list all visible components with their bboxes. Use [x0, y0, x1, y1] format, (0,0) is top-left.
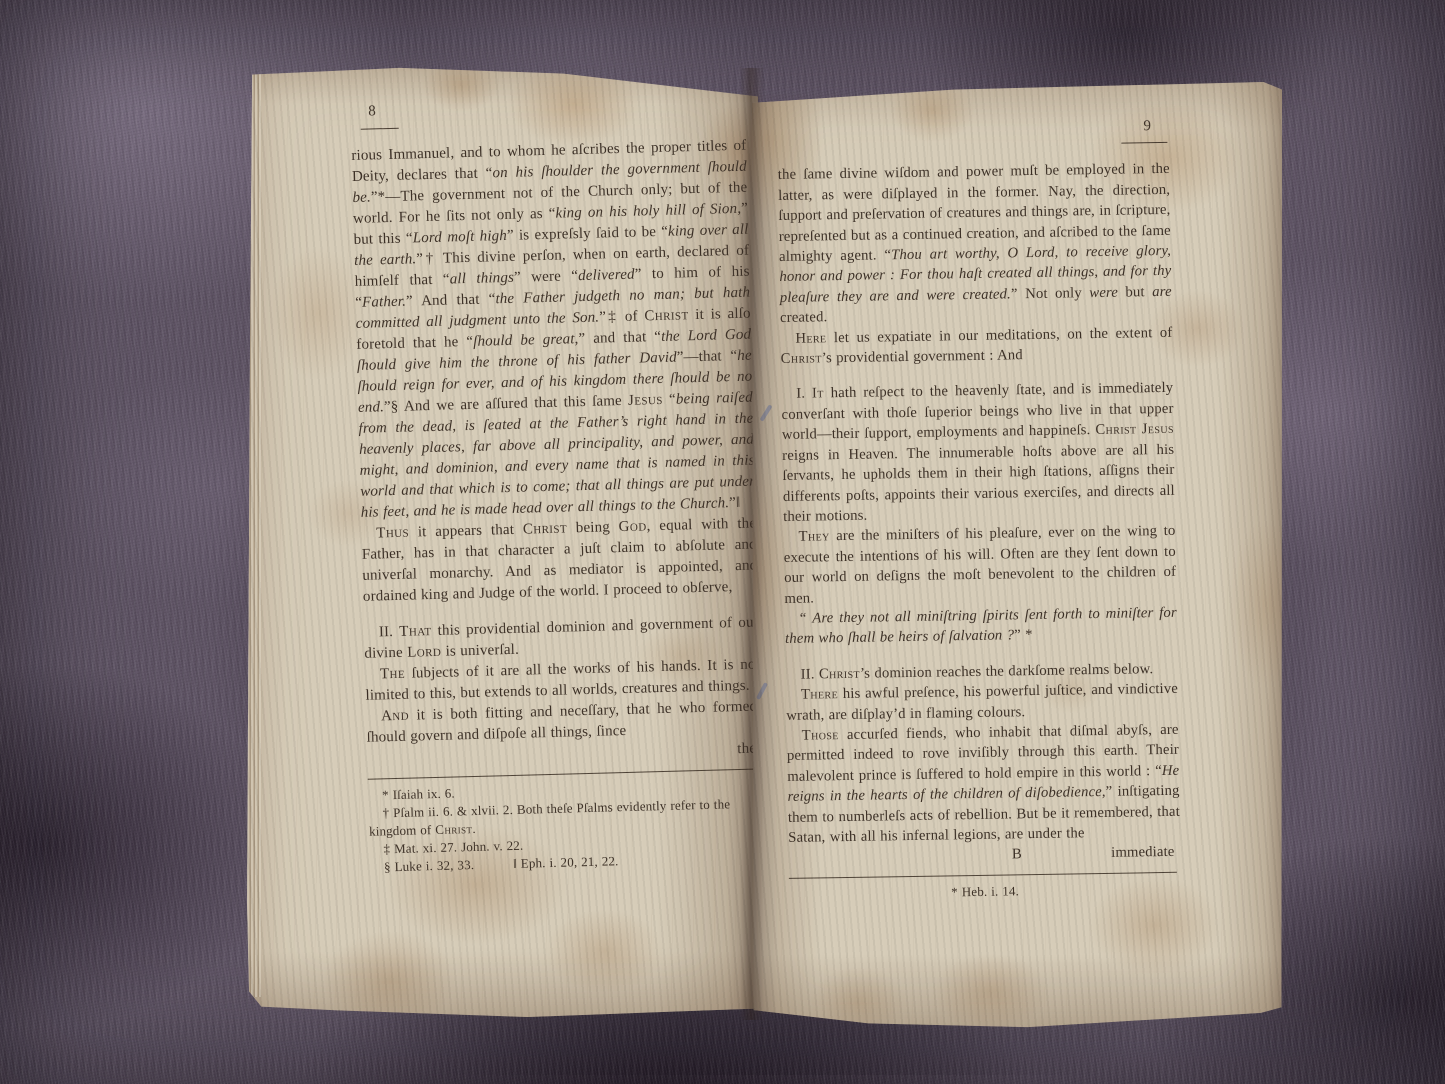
- text-run-italic: king on his holy hill of Sion,: [555, 201, 741, 222]
- page-number-right: 9: [1143, 116, 1151, 137]
- left-page-text: 8 rious Immanuel, and to whom he aſcribe…: [350, 92, 765, 877]
- text-run-smallcaps: Thus: [376, 525, 409, 542]
- text-run-smallcaps: Those: [802, 727, 839, 744]
- right-page-paragraph: They are the miniſters of his pleaſure, …: [783, 521, 1176, 609]
- text-run-smallcaps: Christ: [819, 666, 860, 683]
- text-run: ”‖: [729, 495, 741, 511]
- text-run-smallcaps: God: [618, 518, 646, 535]
- text-run: II.: [379, 624, 400, 641]
- text-run-smallcaps: It: [812, 386, 824, 402]
- left-page-footnotes: * Iſaiah ix. 6.† Pſalm ii. 6. & xlvii. 2…: [368, 776, 765, 876]
- right-page-footnotes: * Heb. i. 14.: [789, 880, 1181, 904]
- header-rule-right: [1121, 142, 1167, 144]
- signature-mark: B: [1012, 845, 1022, 866]
- text-run: ”—that “: [677, 348, 738, 366]
- text-run-smallcaps: Christ: [523, 520, 568, 537]
- text-run: ” Not only: [1011, 285, 1090, 302]
- text-run: it is both fitting and neceſſary, that h…: [366, 698, 761, 745]
- catchword-right: immediate: [1111, 842, 1175, 863]
- page-number-left: 8: [368, 101, 376, 122]
- right-page-paragraph: I. It hath reſpect to the heavenly ſtate…: [781, 378, 1175, 527]
- right-page-paragraph: There his awful preſence, his powerful j…: [786, 679, 1179, 726]
- text-run-smallcaps: Christ Jesus: [1095, 421, 1174, 438]
- text-run: ſubjects of it are all the works of his …: [365, 656, 760, 703]
- text-run: II.: [801, 666, 819, 682]
- right-page-text: 9 the ſame divine wiſdom and power muſt …: [777, 116, 1181, 904]
- text-run: created.: [780, 309, 828, 326]
- right-page-footnote: * Heb. i. 14.: [789, 880, 1181, 904]
- right-page-paragraph: “ Are they not all miniſtring ſpirits ſe…: [785, 603, 1178, 650]
- text-run: his awful preſence, his powerful juſtice…: [786, 681, 1178, 724]
- left-page-header: 8: [350, 92, 746, 130]
- text-run: “: [800, 610, 813, 626]
- footnote-rule-right: [789, 872, 1177, 879]
- text-run: let us expatiate in our meditations, on …: [826, 324, 1172, 345]
- text-run-italic: Father.: [362, 294, 406, 311]
- text-run: ” And that “: [406, 291, 496, 309]
- text-run: * Iſaiah ix. 6.: [382, 785, 455, 802]
- text-run: .: [472, 821, 476, 836]
- blue-margin-mark: [760, 404, 773, 421]
- left-page-paragraph: Thus it appears that Christ being God, e…: [361, 514, 758, 608]
- right-page-paragraph: Those accurſed fiends, who inhabit that …: [786, 720, 1180, 849]
- text-run-italic: ſhould be great,: [473, 331, 579, 350]
- text-run-smallcaps: They: [798, 529, 829, 545]
- text-run-smallcaps: Lord: [407, 644, 441, 661]
- text-run: “: [663, 392, 676, 408]
- text-run-smallcaps: Christ: [435, 821, 472, 837]
- right-page-paragraph: Here let us expatiate in our meditations…: [780, 322, 1173, 369]
- right-page-paragraphs: the ſame divine wiſdom and power muſt be…: [778, 159, 1181, 848]
- text-run: ” and that “: [578, 329, 661, 347]
- book-page-left: 8 rious Immanuel, and to whom he aſcribe…: [246, 66, 758, 1018]
- photo-scene: 8 rious Immanuel, and to whom he aſcribe…: [0, 0, 1445, 1084]
- right-page-header: 9: [777, 116, 1169, 150]
- text-run: are the miniſters of his pleaſure, ever …: [784, 523, 1177, 606]
- text-run: ’s providential government : And: [822, 347, 1023, 366]
- blue-margin-mark: [756, 682, 768, 700]
- text-run-smallcaps: The: [380, 666, 405, 683]
- text-run: ” *: [1014, 627, 1033, 643]
- text-run: is univerſal.: [441, 642, 519, 660]
- text-run-italic: are: [1152, 284, 1172, 300]
- left-page-paragraphs: rious Immanuel, and to whom he aſcribes …: [351, 136, 762, 749]
- text-run: I.: [796, 386, 812, 402]
- text-run-italic: delivered: [578, 267, 635, 284]
- text-run-italic: were: [1089, 285, 1118, 301]
- text-run: * Heb. i. 14.: [951, 884, 1019, 900]
- text-run-smallcaps: Jesus: [628, 392, 663, 409]
- text-run-smallcaps: And: [381, 708, 409, 725]
- text-run: being: [567, 519, 619, 536]
- text-run: ” were “: [514, 268, 579, 286]
- text-run-smallcaps: Here: [795, 330, 826, 346]
- text-run: ”§ And we are aſſured that this ſame: [384, 393, 628, 415]
- text-run: ” is expreſsly ſaid to be “: [507, 224, 669, 244]
- text-run: reigns in Heaven. The innumerable hoſts …: [782, 441, 1175, 524]
- left-page-paragraph: rious Immanuel, and to whom he aſcribes …: [351, 136, 756, 524]
- text-run-italic: all things: [450, 270, 515, 288]
- text-run-smallcaps: Christ: [781, 350, 822, 367]
- text-run: ‡ Mat. xi. 27. John. v. 22.: [383, 838, 523, 857]
- text-run: but: [1118, 284, 1153, 301]
- header-rule-left: [361, 128, 399, 130]
- text-run: accurſed fiends, who inhabit that diſmal…: [787, 722, 1179, 785]
- right-page-paragraph: the ſame divine wiſdom and power muſt be…: [778, 159, 1173, 328]
- text-run: it appears that: [409, 522, 523, 541]
- text-run-italic: Lord moſt high: [413, 228, 508, 246]
- text-run-smallcaps: There: [801, 686, 838, 703]
- text-run: ”‡ of: [599, 308, 645, 325]
- text-run-smallcaps: That: [399, 623, 432, 640]
- book-page-right: 9 the ſame divine wiſdom and power muſt …: [752, 82, 1282, 1030]
- text-run-italic: Are they not all miniſtring ſpirits ſent…: [785, 605, 1177, 648]
- text-run: ’s dominion reaches the darkſome realms …: [860, 661, 1153, 682]
- text-run-smallcaps: Christ: [644, 307, 689, 324]
